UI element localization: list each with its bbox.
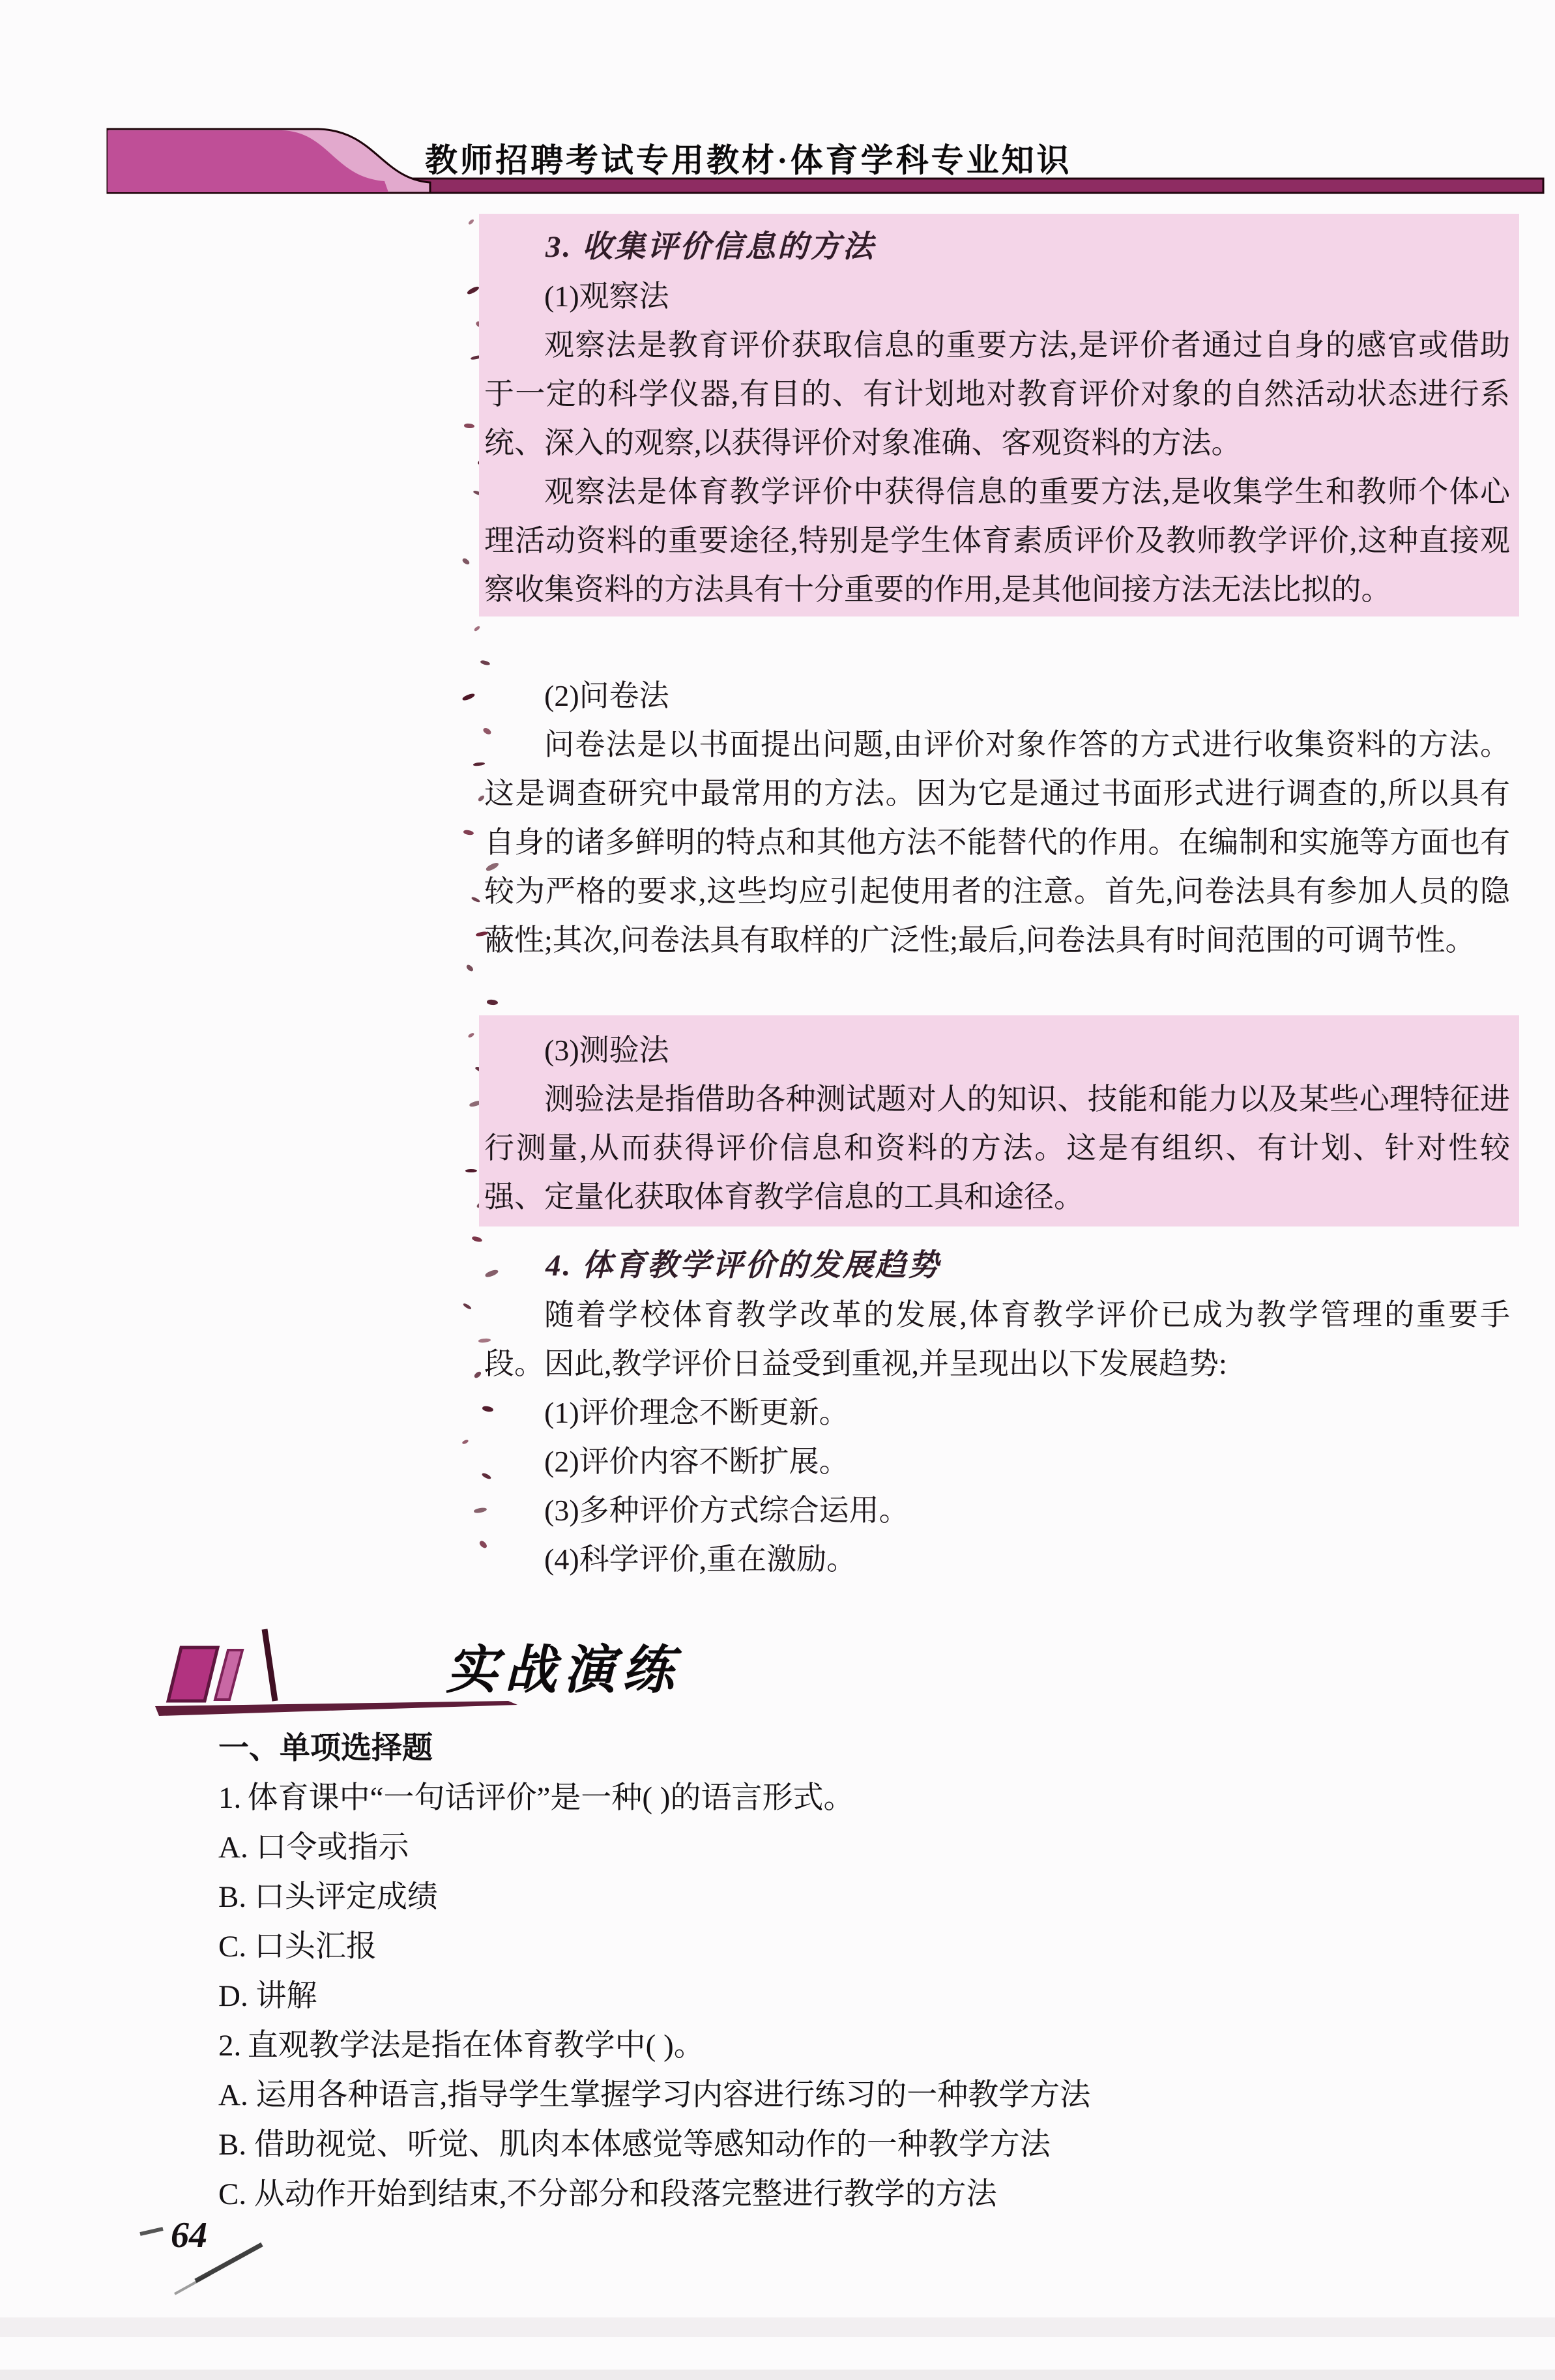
question-2-option-b: B. 借助视觉、听觉、肌肉本体感觉等感知动作的一种教学方法	[218, 2120, 1483, 2170]
highlight-block-test-method: (3)测验法 测验法是指借助各种测试题对人的知识、技能和能力以及某些心理特征进行…	[479, 1015, 1519, 1226]
question-1-option-c: C. 口头汇报	[218, 1922, 1483, 1971]
scan-artifact-band	[0, 2317, 1555, 2337]
questionnaire-paragraph: 问卷法是以书面提出问题,由评价对象作答的方式进行收集资料的方法。这是调查研究中最…	[484, 720, 1510, 965]
question-2-option-a: A. 运用各种语言,指导学生掌握学习内容进行练习的一种教学方法	[218, 2070, 1483, 2120]
question-2: 2. 直观教学法是指在体育教学中( )。	[218, 2021, 1483, 2070]
exercise-section-heading: 一、单项选择题	[218, 1724, 1483, 1773]
section-development-trends: 4. 体育教学评价的发展趋势 随着学校体育教学改革的发展,体育教学评价已成为教学…	[479, 1235, 1519, 1584]
page-number: 64	[171, 2214, 207, 2256]
textbook-page: 教师招聘考试专用教材·体育学科专业知识 3. 收集评价信息的方法 (1)观察法 …	[0, 0, 1555, 2380]
scan-artifact-band	[0, 2370, 1555, 2380]
section-4-heading: 4. 体育教学评价的发展趋势	[484, 1241, 1510, 1290]
trend-item: (1)评价理念不断更新。	[484, 1388, 1510, 1437]
observation-paragraph-1: 观察法是教育评价获取信息的重要方法,是评价者通过自身的感官或借助于一定的科学仪器…	[484, 321, 1510, 467]
highlight-block-collect-methods: 3. 收集评价信息的方法 (1)观察法 观察法是教育评价获取信息的重要方法,是评…	[479, 214, 1519, 617]
question-1-option-d: D. 讲解	[218, 1971, 1483, 2021]
subheading-test-method: (3)测验法	[484, 1026, 1510, 1075]
trend-item: (4)科学评价,重在激励。	[484, 1535, 1510, 1584]
observation-paragraph-2: 观察法是体育教学评价中获得信息的重要方法,是收集学生和教师个体心理活动资料的重要…	[484, 467, 1510, 614]
banner-practice-title: 实战演练	[446, 1628, 680, 1703]
test-method-paragraph: 测验法是指借助各种测试题对人的知识、技能和能力以及某些心理特征进行测量,从而获得…	[484, 1075, 1510, 1221]
question-2-text: 直观教学法是指在体育教学中( )。	[248, 2029, 705, 2063]
subheading-questionnaire-method: (2)问卷法	[484, 671, 1510, 720]
section-3-heading: 3. 收集评价信息的方法	[484, 223, 1510, 272]
question-1-option-a: A. 口令或指示	[218, 1823, 1483, 1872]
subheading-observation-method: (1)观察法	[484, 272, 1510, 321]
question-1: 1. 体育课中“一句话评价”是一种( )的语言形式。	[218, 1773, 1483, 1823]
question-2-number: 2.	[218, 2029, 241, 2063]
question-2-option-c: C. 从动作开始到结束,不分部分和段落完整进行教学的方法	[218, 2170, 1483, 2219]
trend-item: (2)评价内容不断扩展。	[484, 1437, 1510, 1486]
trend-paragraph: 随着学校体育教学改革的发展,体育教学评价已成为教学管理的重要手段。因此,教学评价…	[484, 1290, 1510, 1388]
question-1-text: 体育课中“一句话评价”是一种( )的语言形式。	[248, 1781, 854, 1815]
section-questionnaire-method: (2)问卷法 问卷法是以书面提出问题,由评价对象作答的方式进行收集资料的方法。这…	[479, 666, 1519, 965]
question-1-number: 1.	[218, 1781, 241, 1815]
header-book-title: 教师招聘考试专用教材·体育学科专业知识	[425, 134, 1207, 181]
exercise-block: 一、单项选择题 1. 体育课中“一句话评价”是一种( )的语言形式。 A. 口令…	[218, 1724, 1483, 2219]
trend-item: (3)多种评价方式综合运用。	[484, 1486, 1510, 1535]
question-1-option-b: B. 口头评定成绩	[218, 1872, 1483, 1922]
